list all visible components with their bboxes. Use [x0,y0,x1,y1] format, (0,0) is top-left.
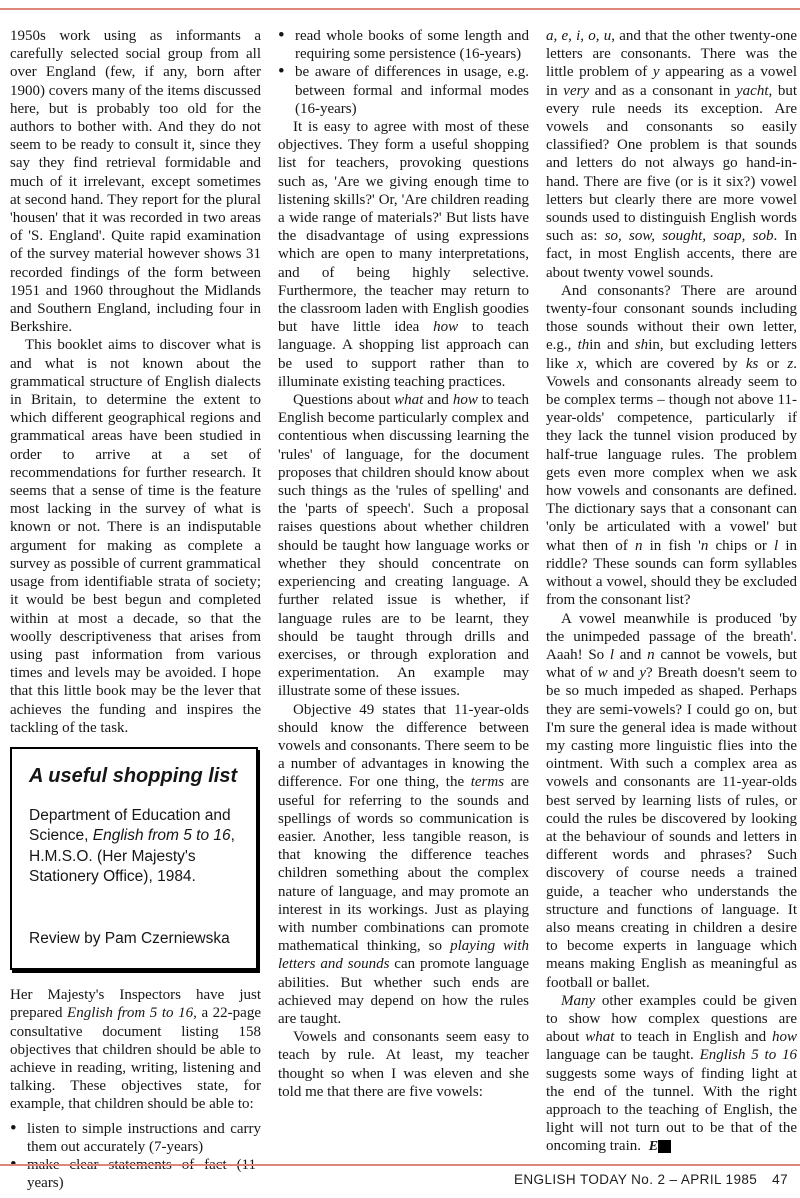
bullet-list: • read whole books of some length and re… [278,27,529,118]
list-item: • make clear statements of fact (11-year… [10,1156,261,1192]
footer: ENGLISH TODAY No. 2 – APRIL 198547 [514,1172,788,1187]
box-title: A useful shopping list [29,764,240,788]
paragraph: This booklet aims to discover what is an… [10,336,261,736]
paragraph: Her Majesty's Inspectors have just prepa… [10,986,261,1113]
paragraph: 1950s work using as informants a careful… [10,27,261,336]
paragraph: A vowel meanwhile is produced 'by the un… [546,610,797,992]
bullet-icon: • [10,1120,27,1156]
column-1: 1950s work using as informants a careful… [10,27,261,1192]
paragraph: Vowels and consonants seem easy to teach… [278,1028,529,1101]
reviewer-line: Review by Pam Czerniewska [29,930,240,948]
paragraph-text: Many other examples could be given to sh… [546,993,797,1155]
paragraph: And consonants? There are around twenty-… [546,282,797,610]
bottom-rule [0,1164,800,1166]
logo-t-glyph: T [658,1140,671,1153]
bullet-text: be aware of differences in usage, e.g. b… [295,63,529,118]
paragraph: It is easy to agree with most of these o… [278,118,529,391]
bullet-icon: • [10,1156,27,1192]
page-number: 47 [772,1172,788,1187]
paragraph: a, e, i, o, u, and that the other twenty… [546,27,797,282]
list-item: • be aware of differences in usage, e.g.… [278,63,529,118]
english-today-logo: ET [649,1138,671,1154]
top-rule [0,8,800,10]
column-3: a, e, i, o, u, and that the other twenty… [546,27,797,1192]
page-content: 1950s work using as informants a careful… [10,27,797,1192]
list-item: • read whole books of some length and re… [278,27,529,63]
box-citation: Department of Education and Science, Eng… [29,806,240,888]
bullet-text: listen to simple instructions and carry … [27,1120,261,1156]
column-2: • read whole books of some length and re… [278,27,529,1192]
list-item: • listen to simple instructions and carr… [10,1120,261,1156]
bullet-icon: • [278,27,295,63]
journal-title-line: ENGLISH TODAY No. 2 – APRIL 1985 [514,1172,757,1187]
bullet-text: read whole books of some length and requ… [295,27,529,63]
bullet-text: make clear statements of fact (11-years) [27,1156,261,1192]
paragraph: Objective 49 states that 11-year-olds sh… [278,701,529,1029]
shopping-list-box: A useful shopping list Department of Edu… [10,747,258,970]
magazine-page: 1950s work using as informants a careful… [0,0,800,1198]
bullet-icon: • [278,63,295,118]
paragraph: Questions about what and how to teach En… [278,391,529,700]
bullet-list: • listen to simple instructions and carr… [10,1120,261,1193]
paragraph: Many other examples could be given to sh… [546,992,797,1157]
logo-e-glyph: E [649,1139,658,1154]
